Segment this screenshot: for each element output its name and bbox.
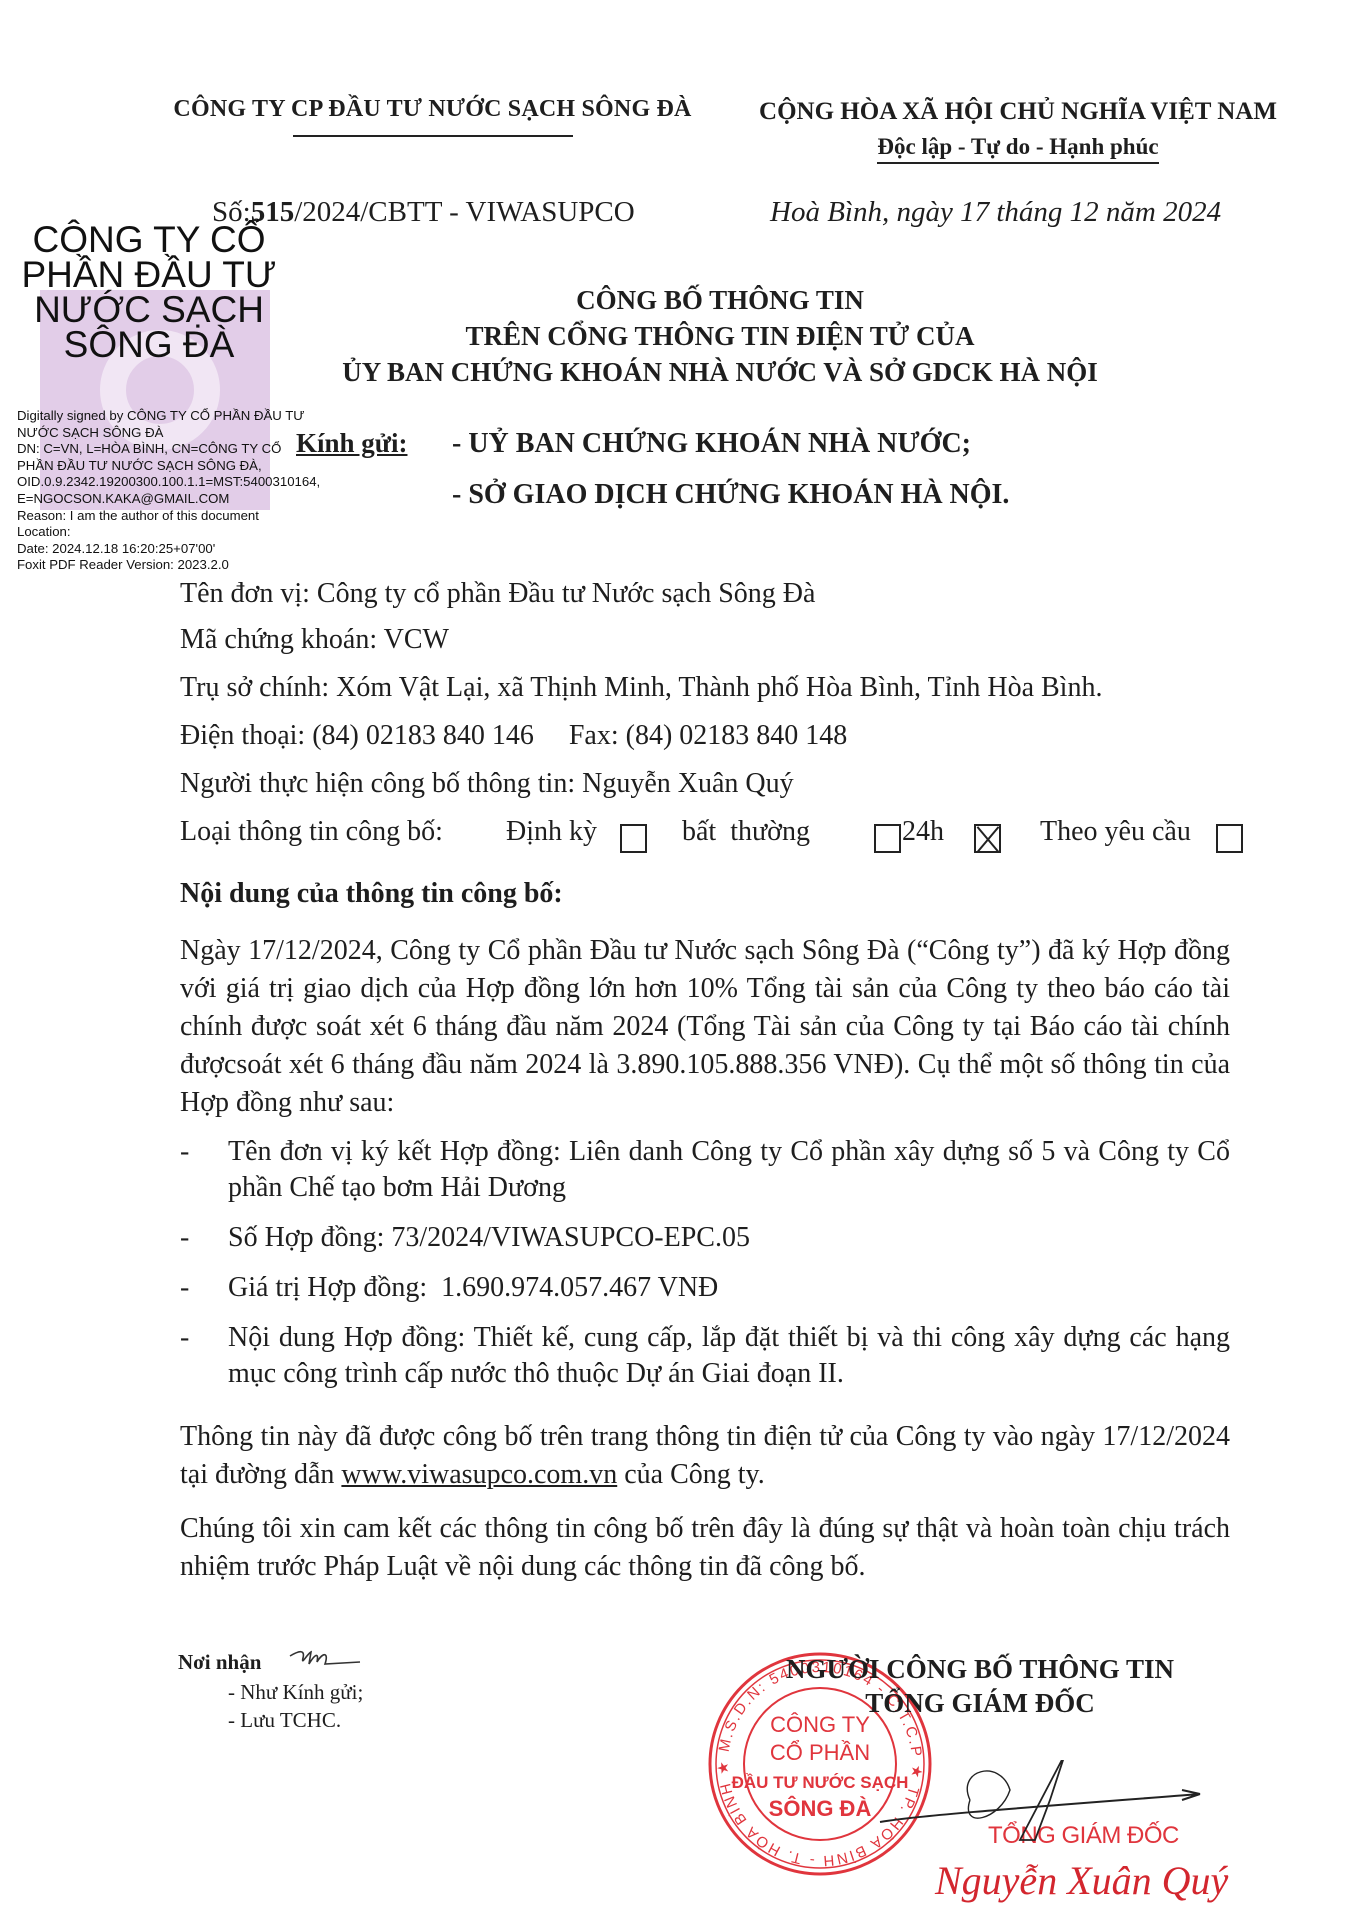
disclosure-type-row: Loại thông tin công bố: Định kỳ bất thườ…	[180, 816, 1260, 856]
option-24h-label: 24h	[902, 816, 944, 848]
phone-fax: Điện thoại: (84) 02183 840 146 Fax: (84)…	[180, 720, 847, 752]
content-intro: Ngày 17/12/2024, Công ty Cổ phần Đầu tư …	[180, 932, 1230, 1122]
checkbox-24h-checked[interactable]	[974, 824, 1001, 853]
option-periodic-label: Định kỳ	[506, 816, 597, 848]
recipient-hnx: - SỞ GIAO DỊCH CHỨNG KHOÁN HÀ NỘI.	[452, 479, 1009, 511]
national-motto: Độc lập - Tự do - Hạnh phúc	[877, 134, 1158, 164]
initial-signature-icon	[285, 1644, 365, 1674]
document-date: Hoà Bình, ngày 17 tháng 12 năm 2024	[770, 196, 1221, 229]
distribution-item: - Như Kính gửi;	[228, 1680, 363, 1705]
option-irregular-label: bất thường	[682, 816, 810, 848]
digital-signature-details[interactable]: Digitally signed by CÔNG TY CỔ PHẦN ĐẦU …	[17, 408, 317, 574]
digital-signature-title[interactable]: CÔNG TY CỔ PHẦN ĐẦU TƯ NƯỚC SẠCH SÔNG ĐÀ	[14, 222, 284, 362]
svg-text:SÔNG ĐÀ: SÔNG ĐÀ	[769, 1796, 872, 1821]
head-office-address: Trụ sở chính: Xóm Vật Lại, xã Thịnh Minh…	[180, 672, 1102, 704]
list-item: - Nội dung Hợp đồng: Thiết kế, cung cấp,…	[180, 1320, 1230, 1392]
option-on-request-label: Theo yêu cầu	[1040, 816, 1191, 848]
distribution-item: - Lưu TCHC.	[228, 1708, 341, 1733]
svg-text:CỔ PHẦN: CỔ PHẦN	[770, 1740, 870, 1765]
checkbox-irregular[interactable]	[874, 824, 901, 853]
distribution-label: Nơi nhận	[178, 1650, 261, 1675]
unit-name: Tên đơn vị: Công ty cổ phần Đầu tư Nước …	[180, 578, 815, 610]
contract-scope: Nội dung Hợp đồng: Thiết kế, cung cấp, l…	[228, 1322, 1230, 1389]
national-header: CỘNG HÒA XÃ HỘI CHỦ NGHĨA VIỆT NAM Độc l…	[738, 98, 1298, 164]
nation-name: CỘNG HÒA XÃ HỘI CHỦ NGHĨA VIỆT NAM	[738, 98, 1298, 126]
recipients-label: Kính gửi:	[296, 428, 407, 459]
signer-title: NGƯỜI CÔNG BỐ THÔNG TIN TỔNG GIÁM ĐỐC	[720, 1652, 1240, 1720]
company-website-link[interactable]: www.viwasupco.com.vn	[341, 1459, 617, 1490]
recipient-ssc: - UỶ BAN CHỨNG KHOÁN NHÀ NƯỚC;	[452, 428, 971, 460]
checkbox-periodic[interactable]	[620, 824, 647, 853]
commitment-statement: Chúng tôi xin cam kết các thông tin công…	[180, 1510, 1230, 1586]
checkbox-on-request[interactable]	[1216, 824, 1243, 853]
stock-code: Mã chứng khoán: VCW	[180, 624, 449, 656]
list-item: - Số Hợp đồng: 73/2024/VIWASUPCO-EPC.05	[180, 1220, 1230, 1256]
list-item: - Giá trị Hợp đồng: 1.690.974.057.467 VN…	[180, 1270, 1230, 1306]
disclosing-person: Người thực hiện công bố thông tin: Nguyễ…	[180, 768, 794, 800]
contract-value: Giá trị Hợp đồng: 1.690.974.057.467 VNĐ	[228, 1272, 718, 1303]
disclosure-type-label: Loại thông tin công bố:	[180, 816, 443, 848]
list-item: - Tên đơn vị ký kết Hợp đồng: Liên danh …	[180, 1134, 1230, 1206]
document-title: CÔNG BỐ THÔNG TIN TRÊN CỔNG THÔNG TIN ĐI…	[280, 282, 1160, 390]
contract-details-list: - Tên đơn vị ký kết Hợp đồng: Liên danh …	[180, 1134, 1230, 1406]
contract-party: Tên đơn vị ký kết Hợp đồng: Liên danh Cô…	[228, 1136, 1230, 1203]
handwritten-signature-icon	[860, 1760, 1260, 1880]
header-underline	[293, 135, 573, 137]
contract-number: Số Hợp đồng: 73/2024/VIWASUPCO-EPC.05	[228, 1222, 750, 1253]
issuer-company-name: CÔNG TY CP ĐẦU TƯ NƯỚC SẠCH SÔNG ĐÀ	[160, 96, 705, 123]
publication-notice: Thông tin này đã được công bố trên trang…	[180, 1418, 1230, 1494]
content-heading: Nội dung của thông tin công bố:	[180, 878, 563, 910]
issuer-header: CÔNG TY CP ĐẦU TƯ NƯỚC SẠCH SÔNG ĐÀ	[160, 96, 705, 137]
